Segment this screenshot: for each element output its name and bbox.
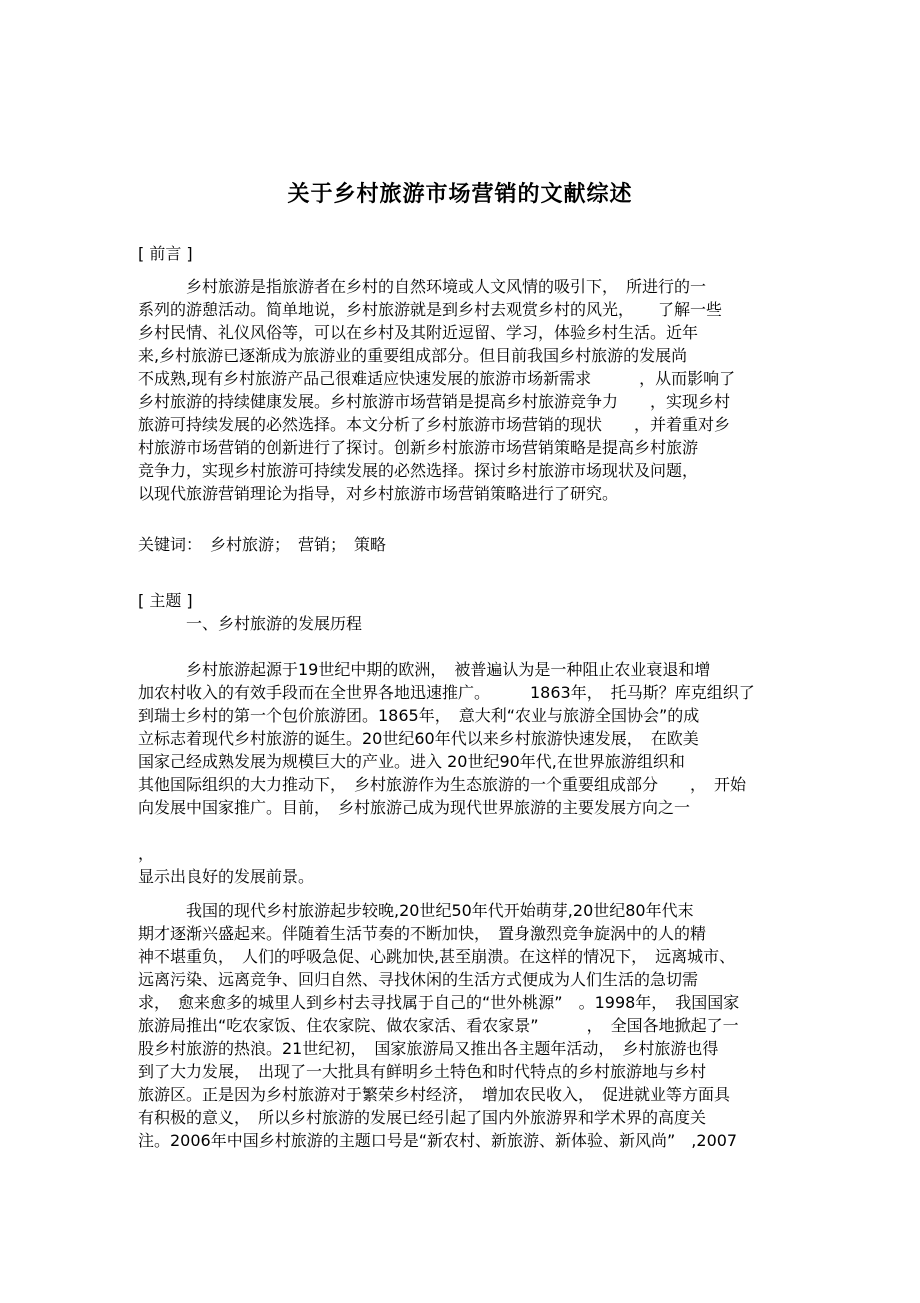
history-paragraph: 乡村旅游起源于19世纪中期的欧洲， 被普遍认为是一种阻止农业衰退和增 加农村收入… (138, 658, 806, 888)
document-title: 关于乡村旅游市场营销的文献综述 (0, 177, 920, 208)
preface-label: [ 前言 ] (138, 242, 806, 265)
section-heading: 一、乡村旅游的发展历程 (138, 612, 806, 635)
preface-paragraph: 乡村旅游是指旅游者在乡村的自然环境或人文风情的吸引下， 所进行的一 系列的游憩活… (138, 275, 806, 505)
document-page: 关于乡村旅游市场营销的文献综述 [ 前言 ] 乡村旅游是指旅游者在乡村的自然环境… (0, 0, 920, 1303)
topic-label: [ 主题 ] (138, 589, 806, 612)
keywords-line: 关键词： 乡村旅游； 营销； 策略 (138, 533, 806, 556)
china-paragraph: 我国的现代乡村旅游起步较晚,20世纪50年代开始萌芽,20世纪80年代末 期才逐… (138, 899, 806, 1152)
